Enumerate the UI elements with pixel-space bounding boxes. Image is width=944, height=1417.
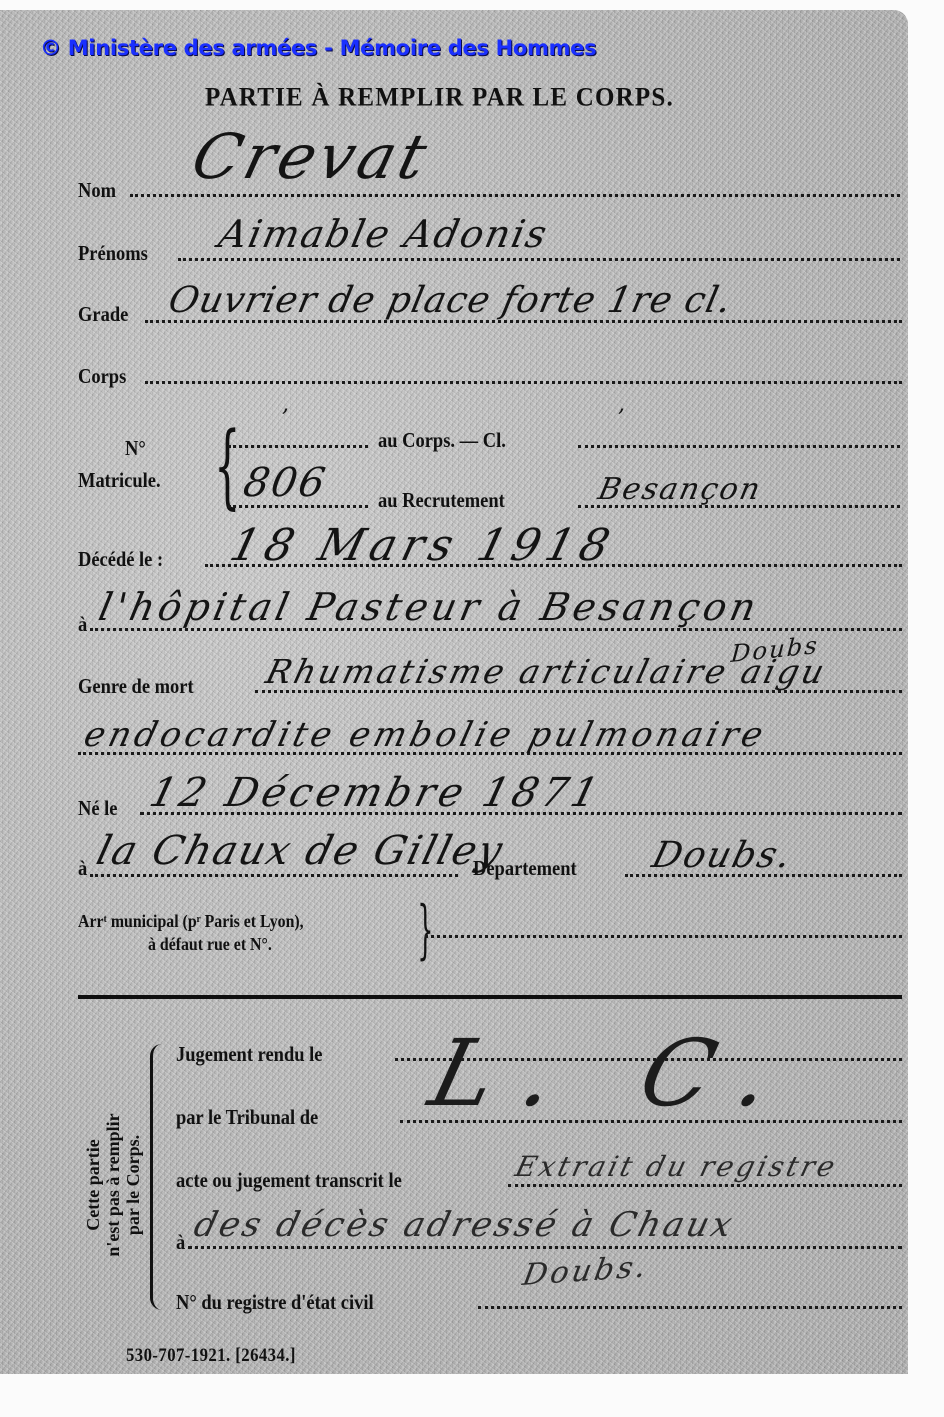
nom-label: Nom: [78, 178, 116, 203]
matricule-label: Matricule.: [78, 468, 161, 493]
ditto-mark: ,: [282, 392, 291, 417]
prenoms-value: Aimable Adonis: [215, 212, 552, 256]
grade-value: Ouvrier de place forte 1re cl.: [165, 280, 736, 321]
transcrit-a-dotted-line: [188, 1246, 902, 1249]
transcrit-a-label: à: [176, 1230, 185, 1255]
matricule-label-no: N°: [125, 436, 146, 461]
classe-dotted-line: [578, 445, 900, 448]
arrondissement-label-line2: à défaut rue et N°.: [148, 934, 272, 955]
au-corps-dotted-line: [228, 445, 368, 448]
arrondissement-dotted-line: [425, 935, 902, 938]
side-note-line3: par le Corps.: [123, 1113, 143, 1256]
tribunal-label: par le Tribunal de: [176, 1105, 318, 1130]
registre-label: N° du registre d'état civil: [176, 1290, 374, 1315]
decede-le-label: Décédé le :: [78, 547, 163, 572]
decede-a-value: l'hôpital Pasteur à Besançon: [95, 585, 764, 629]
departement-value: Doubs.: [648, 835, 797, 876]
ne-le-label: Né le: [78, 796, 118, 821]
prenoms-label: Prénoms: [78, 241, 148, 266]
transcrit-a-value: des décès adressé à Chaux: [190, 1205, 739, 1245]
registre-dotted-line: [478, 1306, 902, 1309]
arrondissement-label-line1: Arrᵗ municipal (pʳ Paris et Lyon),: [78, 911, 304, 932]
au-corps-label: au Corps. — Cl.: [378, 428, 506, 453]
nom-dotted-line: [130, 194, 900, 197]
side-note-line2: n'est pas à remplir: [103, 1113, 123, 1256]
jugement-rendu-label: Jugement rendu le: [176, 1042, 322, 1067]
matricule-value: 806: [240, 460, 330, 506]
ditto-mark: ,: [618, 392, 627, 417]
print-reference: 530-707-1921. [26434.]: [126, 1345, 296, 1367]
side-note-brace: [150, 1044, 163, 1310]
ne-a-dotted-line: [90, 874, 458, 877]
ne-a-value: la Chaux de Gilley: [92, 828, 509, 874]
recrutement-value: Besançon: [595, 472, 765, 507]
side-note-line1: Cette partie: [83, 1113, 103, 1256]
initials-signature: L. C.: [420, 1020, 813, 1127]
acte-transcrit-label: acte ou jugement transcrit le: [176, 1168, 402, 1193]
corps-label: Corps: [78, 364, 126, 389]
au-recrutement-label: au Recrutement: [378, 488, 505, 513]
corps-dotted-line: [145, 381, 902, 384]
section-divider: [78, 995, 902, 999]
genre-de-mort-label: Genre de mort: [78, 674, 194, 699]
decede-a-label: à: [78, 612, 87, 637]
decede-le-value: 18 Mars 1918: [225, 520, 621, 571]
copyright-watermark: © Ministère des armées - Mémoire des Hom…: [40, 36, 596, 60]
ne-le-value: 12 Décembre 1871: [145, 770, 607, 816]
acte-transcrit-value: Extrait du registre: [512, 1150, 841, 1183]
arrondissement-brace: }: [417, 898, 433, 962]
genre-de-mort-value-line2: endocardite embolie pulmonaire: [80, 715, 771, 755]
nom-value: Crevat: [185, 120, 438, 193]
ne-a-label: à: [78, 856, 87, 881]
matricule-brace: {: [214, 420, 240, 512]
acte-transcrit-dotted-line: [508, 1184, 902, 1187]
departement-label: Département: [473, 856, 577, 881]
form-title: PARTIE À REMPLIR PAR LE CORPS.: [205, 83, 674, 112]
prenoms-dotted-line: [178, 258, 900, 261]
grade-label: Grade: [78, 302, 128, 327]
side-note: Cette partie n'est pas à remplir par le …: [68, 1050, 158, 1320]
